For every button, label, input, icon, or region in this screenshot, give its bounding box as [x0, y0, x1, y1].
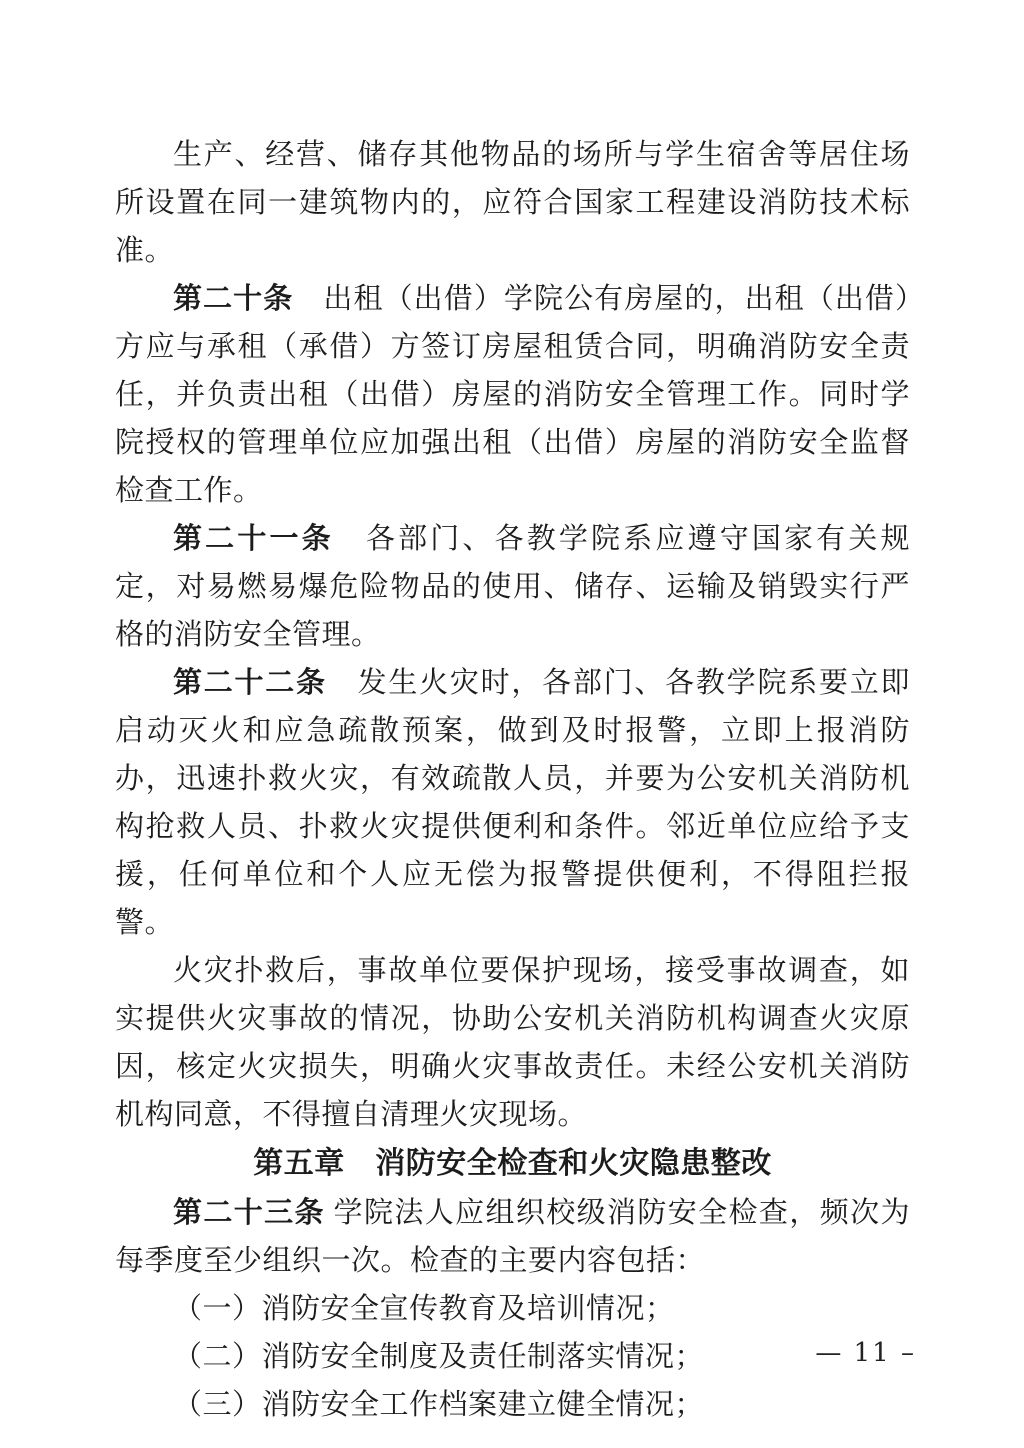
article-number: 第二十一条	[173, 523, 334, 555]
page-number: — 11 –	[815, 1336, 916, 1370]
article-number: 第二十三条	[173, 1197, 325, 1229]
paragraph: 第二十二条 发生火灾时，各部门、各教学院系要立即启动灭火和应急疏散预案，做到及时…	[115, 659, 910, 947]
document-body: 生产、经营、储存其他物品的场所与学生宿舍等居住场所设置在同一建筑物内的，应符合国…	[115, 131, 910, 1429]
list-item: （二）消防安全制度及责任制落实情况；	[115, 1333, 910, 1381]
article-number: 第二十二条	[173, 667, 327, 699]
paragraph: 第二十一条 各部门、各教学院系应遵守国家有关规定，对易燃易爆危险物品的使用、储存…	[115, 515, 910, 659]
paragraph-text: 生产、经营、储存其他物品的场所与学生宿舍等居住场所设置在同一建筑物内的，应符合国…	[115, 139, 910, 267]
list-item-text: （二）消防安全制度及责任制落实情况；	[173, 1341, 704, 1373]
list-item-text: （三）消防安全工作档案建立健全情况；	[173, 1389, 704, 1421]
chapter-heading: 第五章 消防安全检查和火灾隐患整改	[115, 1139, 910, 1189]
article-number: 第二十条	[173, 283, 293, 315]
paragraph: 第二十条 出租（出借）学院公有房屋的，出租（出借）方应与承租（承借）方签订房屋租…	[115, 275, 910, 515]
paragraph: 生产、经营、储存其他物品的场所与学生宿舍等居住场所设置在同一建筑物内的，应符合国…	[115, 131, 910, 275]
document-page: 生产、经营、储存其他物品的场所与学生宿舍等居住场所设置在同一建筑物内的，应符合国…	[0, 0, 1024, 1448]
paragraph-text: 发生火灾时，各部门、各教学院系要立即启动灭火和应急疏散预案，做到及时报警，立即上…	[115, 667, 910, 939]
paragraph-text: 出租（出借）学院公有房屋的，出租（出借）方应与承租（承借）方签订房屋租赁合同，明…	[115, 283, 910, 507]
list-item: （三）消防安全工作档案建立健全情况；	[115, 1381, 910, 1429]
paragraph: 第二十三条 学院法人应组织校级消防安全检查，频次为每季度至少组织一次。检查的主要…	[115, 1189, 910, 1285]
paragraph: 火灾扑救后，事故单位要保护现场，接受事故调查，如实提供火灾事故的情况，协助公安机…	[115, 947, 910, 1139]
list-item: （一）消防安全宣传教育及培训情况；	[115, 1285, 910, 1333]
paragraph-text: 火灾扑救后，事故单位要保护现场，接受事故调查，如实提供火灾事故的情况，协助公安机…	[115, 955, 910, 1131]
list-item-text: （一）消防安全宣传教育及培训情况；	[173, 1293, 675, 1325]
